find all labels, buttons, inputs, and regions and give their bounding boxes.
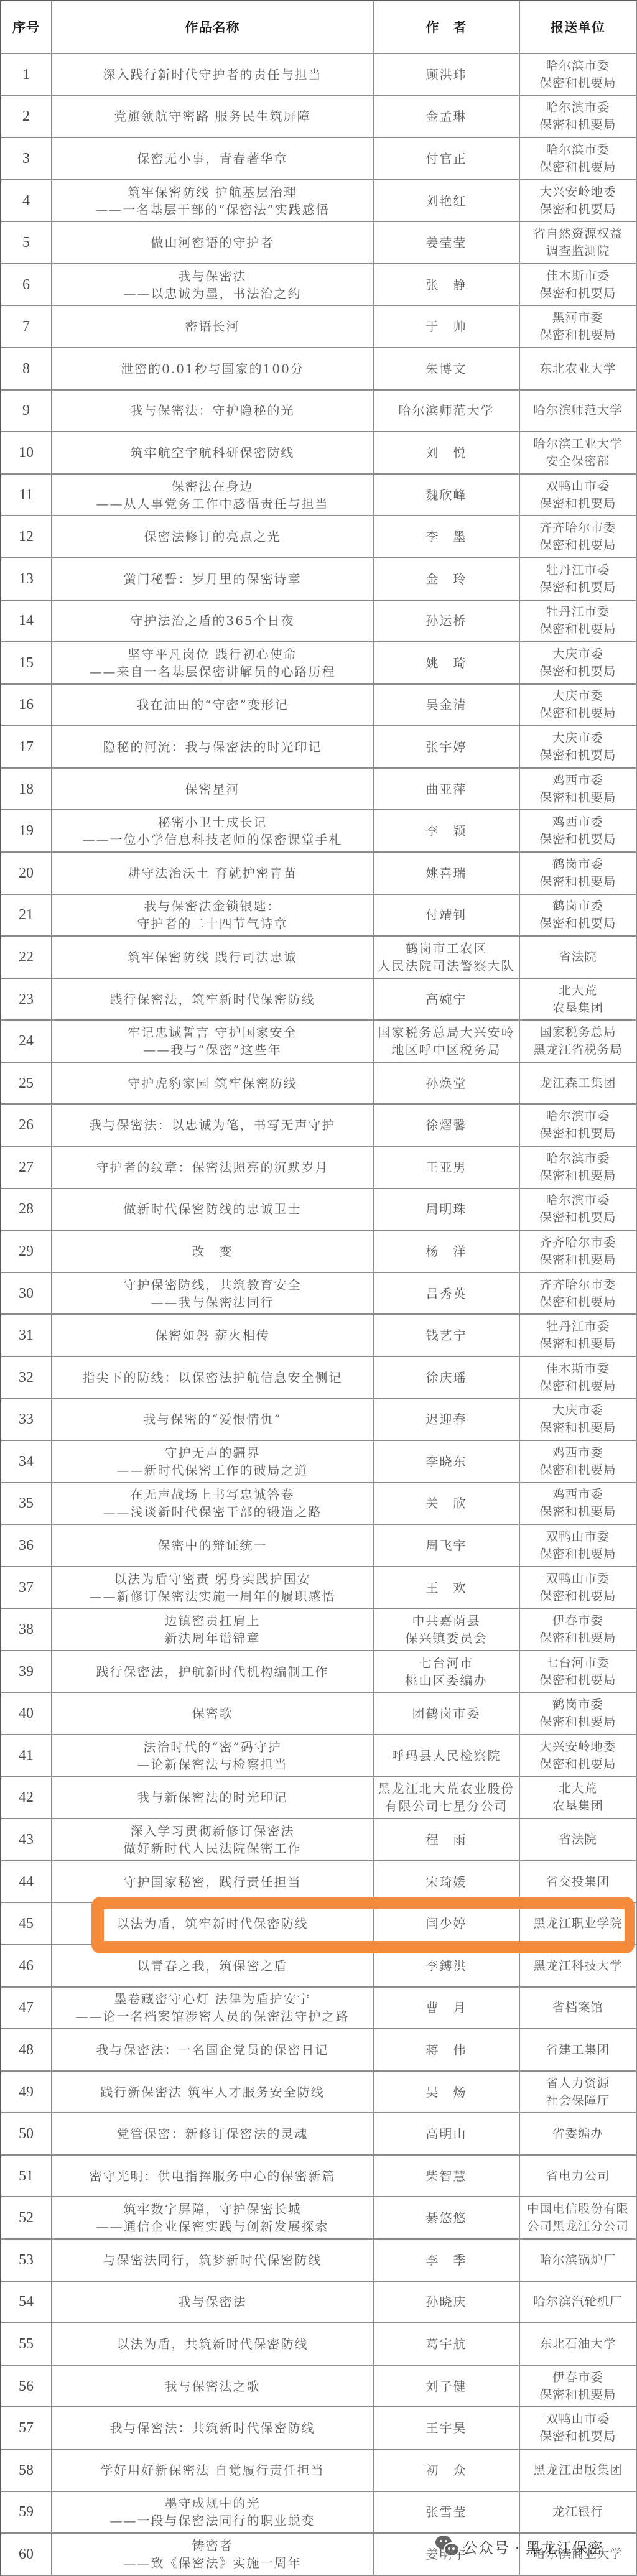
work-title: 黉门秘誓：岁月里的保密诗章 bbox=[52, 558, 374, 601]
table-row: 34 守护无声的疆界 ——新时代保密工作的破局之道 李晓东 鸡西市委 保密和机要… bbox=[1, 1441, 637, 1483]
work-title: 守护保密防线，共筑教育安全 ——我与保密法同行 bbox=[52, 1273, 374, 1315]
author: 七台河市 桃山区委编办 bbox=[374, 1651, 520, 1693]
submitting-unit: 北大荒 农垦集团 bbox=[520, 979, 637, 1021]
header-author: 作 者 bbox=[374, 1, 520, 54]
table-row: 41 法治时代的“密”码守护 —论新保密法与检察担当 呼玛县人民检察院 大兴安岭… bbox=[1, 1735, 637, 1777]
author: 中共嘉荫县 保兴镇委员会 bbox=[374, 1609, 520, 1651]
work-title: 深入践行新时代守护者的责任与担当 bbox=[52, 54, 374, 96]
row-number: 47 bbox=[1, 1988, 52, 2030]
row-number: 13 bbox=[1, 558, 52, 601]
row-number: 16 bbox=[1, 685, 52, 727]
work-title: 泄密的0.01秒与国家的100分 bbox=[52, 348, 374, 391]
work-title: 我与保密法之歌 bbox=[52, 2366, 374, 2408]
table-row: 11 保密法在身边 ——从人事党务工作中感悟责任与担当 魏欣峰 双鸭山市委 保密… bbox=[1, 475, 637, 517]
author: 姜明宇 bbox=[374, 2534, 520, 2576]
table-row: 47 墨卷藏密守心灯 法律为盾护安宁 ——论一名档案馆涉密人员的保密法守护之路 … bbox=[1, 1988, 637, 2030]
row-number: 8 bbox=[1, 348, 52, 391]
author: 刘子健 bbox=[374, 2366, 520, 2408]
work-title: 以法为盾，共筑新时代保密防线 bbox=[52, 2323, 374, 2366]
row-number: 26 bbox=[1, 1105, 52, 1147]
table-row: 9 我与保密法：守护隐秘的光 哈尔滨师范大学 哈尔滨师范大学 bbox=[1, 391, 637, 433]
author: 柴智慧 bbox=[374, 2156, 520, 2198]
row-number: 58 bbox=[1, 2450, 52, 2492]
work-title: 践行保密法，筑牢新时代保密防线 bbox=[52, 979, 374, 1021]
table-row: 35 在无声战场上书写忠诚答卷 ——浅谈新时代保密干部的锻造之路 关 欣 鸡西市… bbox=[1, 1483, 637, 1526]
row-number: 35 bbox=[1, 1483, 52, 1526]
award-list-table: 序号 作品名称 作 者 报送单位 1 深入践行新时代守护者的责任与担当 顾洪玮 … bbox=[0, 0, 637, 2576]
row-number: 43 bbox=[1, 1819, 52, 1861]
row-number: 27 bbox=[1, 1147, 52, 1189]
submitting-unit: 牡丹江市委 保密和机要局 bbox=[520, 601, 637, 643]
work-title: 守护国家秘密，践行责任担当 bbox=[52, 1861, 374, 1904]
submitting-unit: 鸡西市委 保密和机要局 bbox=[520, 1483, 637, 1526]
submitting-unit: 北大荒 农垦集团 bbox=[520, 1777, 637, 1820]
table-row: 6 我与保密法 ——以忠诚为墨，书法治之约 张 静 佳木斯市委 保密和机要局 bbox=[1, 264, 637, 307]
submitting-unit: 哈尔滨市委 保密和机要局 bbox=[520, 96, 637, 139]
submitting-unit: 哈尔滨师范大学 bbox=[520, 391, 637, 433]
row-number: 22 bbox=[1, 937, 52, 979]
work-title: 保密法在身边 ——从人事党务工作中感悟责任与担当 bbox=[52, 475, 374, 517]
row-number: 38 bbox=[1, 1609, 52, 1651]
submitting-unit: 鸡西市委 保密和机要局 bbox=[520, 1441, 637, 1483]
submitting-unit: 大兴安岭地委 保密和机要局 bbox=[520, 1735, 637, 1777]
submitting-unit: 省交投集团 bbox=[520, 1861, 637, 1904]
table-row: 48 我与保密法：一名国企党员的保密日记 蒋 伟 省建工集团 bbox=[1, 2029, 637, 2072]
work-title: 做新时代保密防线的忠诚卫士 bbox=[52, 1189, 374, 1231]
submitting-unit: 哈尔滨锅炉厂 bbox=[520, 2240, 637, 2282]
table-row: 20 耕守法治沃土 育就护密青苗 姚喜瑞 鹤岗市委 保密和机要局 bbox=[1, 853, 637, 895]
row-number: 28 bbox=[1, 1189, 52, 1231]
table-row: 3 保密无小事，青春著华章 付官正 哈尔滨市委 保密和机要局 bbox=[1, 138, 637, 180]
row-number: 31 bbox=[1, 1315, 52, 1357]
work-title: 守护虎豹家园 筑牢保密防线 bbox=[52, 1063, 374, 1105]
table-row: 36 保密中的辩证统一 周飞宇 双鸭山市委 保密和机要局 bbox=[1, 1525, 637, 1567]
work-title: 墨卷藏密守心灯 法律为盾护安宁 ——论一名档案馆涉密人员的保密法守护之路 bbox=[52, 1988, 374, 2030]
author: 徐熠馨 bbox=[374, 1105, 520, 1147]
submitting-unit: 龙江银行 bbox=[520, 2492, 637, 2534]
row-number: 1 bbox=[1, 54, 52, 96]
work-title: 保密如磐 薪火相传 bbox=[52, 1315, 374, 1357]
author: 于 帅 bbox=[374, 306, 520, 348]
submitting-unit: 省自然资源权益 调查监测院 bbox=[520, 222, 637, 264]
row-number: 15 bbox=[1, 642, 52, 685]
table-row: 26 我与保密法：以忠诚为笔，书写无声守护 徐熠馨 哈尔滨市委 保密和机要局 bbox=[1, 1105, 637, 1147]
author: 刘 悦 bbox=[374, 432, 520, 475]
row-number: 12 bbox=[1, 516, 52, 558]
author: 葛宇航 bbox=[374, 2323, 520, 2366]
work-title: 我与新保密法的时光印记 bbox=[52, 1777, 374, 1820]
table-row: 27 守护者的纹章：保密法照亮的沉默岁月 王亚男 哈尔滨市委 保密和机要局 bbox=[1, 1147, 637, 1189]
table-row: 8 泄密的0.01秒与国家的100分 朱博文 东北农业大学 bbox=[1, 348, 637, 391]
author: 朱博文 bbox=[374, 348, 520, 391]
submitting-unit: 齐齐哈尔市委 保密和机要局 bbox=[520, 516, 637, 558]
author: 杨 洋 bbox=[374, 1231, 520, 1273]
work-title: 党旗领航守密路 服务民生筑屏障 bbox=[52, 96, 374, 139]
author: 金 玲 bbox=[374, 558, 520, 601]
author: 黑龙江北大荒农业股份 有限公司七星分公司 bbox=[374, 1777, 520, 1820]
table-row: 57 我与保密法：共筑新时代保密防线 王宇昊 双鸭山市委 保密和机要局 bbox=[1, 2407, 637, 2450]
submitting-unit: 七台河市委 保密和机要局 bbox=[520, 1651, 637, 1693]
table-row: 14 守护法治之盾的365个日夜 孙运桥 牡丹江市委 保密和机要局 bbox=[1, 601, 637, 643]
work-title: 在无声战场上书写忠诚答卷 ——浅谈新时代保密干部的锻造之路 bbox=[52, 1483, 374, 1526]
row-number: 59 bbox=[1, 2492, 52, 2534]
submitting-unit: 哈尔滨市委 保密和机要局 bbox=[520, 1105, 637, 1147]
author: 顾洪玮 bbox=[374, 54, 520, 96]
work-title: 守护者的纹章：保密法照亮的沉默岁月 bbox=[52, 1147, 374, 1189]
row-number: 53 bbox=[1, 2240, 52, 2282]
work-title: 做山河密语的守护者 bbox=[52, 222, 374, 264]
table-row: 21 我与保密法金锁银匙： 守护者的二十四节气诗章 付靖钊 鹤岗市委 保密和机要… bbox=[1, 895, 637, 937]
row-number: 10 bbox=[1, 432, 52, 475]
table-row: 13 黉门秘誓：岁月里的保密诗章 金 玲 牡丹江市委 保密和机要局 bbox=[1, 558, 637, 601]
table-row: 12 保密法修订的亮点之光 李 墨 齐齐哈尔市委 保密和机要局 bbox=[1, 516, 637, 558]
work-title: 保密无小事，青春著华章 bbox=[52, 138, 374, 180]
author: 高婉宁 bbox=[374, 979, 520, 1021]
table-row: 25 守护虎豹家园 筑牢保密防线 孙焕堂 龙江森工集团 bbox=[1, 1063, 637, 1105]
work-title: 指尖下的防线：以保密法护航信息安全侧记 bbox=[52, 1357, 374, 1399]
author: 曲亚萍 bbox=[374, 769, 520, 811]
author: 付官正 bbox=[374, 138, 520, 180]
row-number: 40 bbox=[1, 1693, 52, 1736]
author: 鹤岗市工农区 人民法院司法警察大队 bbox=[374, 937, 520, 979]
row-number: 37 bbox=[1, 1567, 52, 1610]
row-number: 34 bbox=[1, 1441, 52, 1483]
work-title: 边镇密责扛肩上 新法周年谱锦章 bbox=[52, 1609, 374, 1651]
author: 国家税务总局大兴安岭 地区呼中区税务局 bbox=[374, 1021, 520, 1063]
table-row: 4 筑牢保密防线 护航基层治理 ——一名基层干部的“保密法”实践感悟 刘艳红 大… bbox=[1, 180, 637, 223]
work-title: 筑牢保密防线 践行司法忠诚 bbox=[52, 937, 374, 979]
submitting-unit: 哈尔滨工业大学 安全保密部 bbox=[520, 432, 637, 475]
submitting-unit: 大庆市委 保密和机要局 bbox=[520, 685, 637, 727]
submitting-unit: 省法院 bbox=[520, 1819, 637, 1861]
submitting-unit: 鹤岗市委 保密和机要局 bbox=[520, 853, 637, 895]
row-number: 45 bbox=[1, 1903, 52, 1945]
work-title: 保密星河 bbox=[52, 769, 374, 811]
submitting-unit: 哈尔滨市委 保密和机要局 bbox=[520, 138, 637, 180]
author: 吴 炀 bbox=[374, 2072, 520, 2114]
work-title: 我与保密法：守护隐秘的光 bbox=[52, 391, 374, 433]
author: 李 墨 bbox=[374, 516, 520, 558]
submitting-unit: 哈尔滨汽轮机厂 bbox=[520, 2282, 637, 2324]
work-title: 墨守成规中的光 ——一段与保密法同行的职业蜕变 bbox=[52, 2492, 374, 2534]
author: 李鎛洪 bbox=[374, 1945, 520, 1988]
author: 周明珠 bbox=[374, 1189, 520, 1231]
row-number: 14 bbox=[1, 601, 52, 643]
author: 魏欣峰 bbox=[374, 475, 520, 517]
work-title: 守护法治之盾的365个日夜 bbox=[52, 601, 374, 643]
row-number: 6 bbox=[1, 264, 52, 307]
table-row: 22 筑牢保密防线 践行司法忠诚 鹤岗市工农区 人民法院司法警察大队 省法院 bbox=[1, 937, 637, 979]
submitting-unit: 省法院 bbox=[520, 937, 637, 979]
work-title: 深入学习贯彻新修订保密法 做好新时代人民法院保密工作 bbox=[52, 1819, 374, 1861]
work-title: 耕守法治沃土 育就护密青苗 bbox=[52, 853, 374, 895]
table-row: 17 隐秘的河流：我与保密法的时光印记 张宇婷 大庆市委 保密和机要局 bbox=[1, 726, 637, 769]
work-title: 密语长河 bbox=[52, 306, 374, 348]
table-row: 18 保密星河 曲亚萍 鸡西市委 保密和机要局 bbox=[1, 769, 637, 811]
work-title: 党管保密：新修订保密法的灵魂 bbox=[52, 2113, 374, 2156]
work-title: 我与保密法 ——以忠诚为墨，书法治之约 bbox=[52, 264, 374, 307]
work-title: 我与保密法 bbox=[52, 2282, 374, 2324]
submitting-unit: 哈尔滨市委 保密和机要局 bbox=[520, 1189, 637, 1231]
submitting-unit: 伊春市委 保密和机要局 bbox=[520, 1609, 637, 1651]
row-number: 29 bbox=[1, 1231, 52, 1273]
author: 周飞宇 bbox=[374, 1525, 520, 1567]
row-number: 32 bbox=[1, 1357, 52, 1399]
submitting-unit: 省委编办 bbox=[520, 2113, 637, 2156]
submitting-unit: 黑河市委 保密和机要局 bbox=[520, 306, 637, 348]
author: 程 雨 bbox=[374, 1819, 520, 1861]
work-title: 密守光明：供电指挥服务中心的保密新篇 bbox=[52, 2156, 374, 2198]
submitting-unit: 牡丹江市委 保密和机要局 bbox=[520, 1315, 637, 1357]
submitting-unit: 黑龙江职业学院 bbox=[520, 1903, 637, 1945]
submitting-unit: 东北石油大学 bbox=[520, 2323, 637, 2366]
work-title: 隐秘的河流：我与保密法的时光印记 bbox=[52, 726, 374, 769]
row-number: 44 bbox=[1, 1861, 52, 1904]
row-number: 39 bbox=[1, 1651, 52, 1693]
table-row: 28 做新时代保密防线的忠诚卫士 周明珠 哈尔滨市委 保密和机要局 bbox=[1, 1189, 637, 1231]
work-title: 铸密者 ——致《保密法》实施一周年 bbox=[52, 2534, 374, 2576]
table-row: 45 以法为盾，筑牢新时代保密防线 闫少婷 黑龙江职业学院 bbox=[1, 1903, 637, 1945]
table-row: 30 守护保密防线，共筑教育安全 ——我与保密法同行 吕秀英 齐齐哈尔市委 保密… bbox=[1, 1273, 637, 1315]
table-row: 15 坚守平凡岗位 践行初心使命 ——来自一名基层保密讲解员的心路历程 姚 琦 … bbox=[1, 642, 637, 685]
work-title: 保密歌 bbox=[52, 1693, 374, 1736]
table-row: 39 践行保密法，护航新时代机构编制工作 七台河市 桃山区委编办 七台河市委 保… bbox=[1, 1651, 637, 1693]
submitting-unit: 哈尔滨市委 保密和机要局 bbox=[520, 54, 637, 96]
table-row: 29 改 变 杨 洋 齐齐哈尔市委 保密和机要局 bbox=[1, 1231, 637, 1273]
submitting-unit: 双鸭山市委 保密和机要局 bbox=[520, 1567, 637, 1610]
row-number: 52 bbox=[1, 2197, 52, 2240]
row-number: 46 bbox=[1, 1945, 52, 1988]
table-row: 54 我与保密法 孙晓庆 哈尔滨汽轮机厂 bbox=[1, 2282, 637, 2324]
table-row: 2 党旗领航守密路 服务民生筑屏障 金孟琳 哈尔滨市委 保密和机要局 bbox=[1, 96, 637, 139]
author: 张 静 bbox=[374, 264, 520, 307]
table-row: 33 我与保密的“爱恨情仇” 迟迎春 大庆市委 保密和机要局 bbox=[1, 1399, 637, 1442]
work-title: 与保密法同行，筑梦新时代保密防线 bbox=[52, 2240, 374, 2282]
author: 张雪莹 bbox=[374, 2492, 520, 2534]
work-title: 守护无声的疆界 ——新时代保密工作的破局之道 bbox=[52, 1441, 374, 1483]
table-row: 31 保密如磐 薪火相传 钱艺宁 牡丹江市委 保密和机要局 bbox=[1, 1315, 637, 1357]
table-row: 43 深入学习贯彻新修订保密法 做好新时代人民法院保密工作 程 雨 省法院 bbox=[1, 1819, 637, 1861]
author: 钱艺宁 bbox=[374, 1315, 520, 1357]
submitting-unit: 鸡西市委 保密和机要局 bbox=[520, 769, 637, 811]
row-number: 17 bbox=[1, 726, 52, 769]
row-number: 57 bbox=[1, 2407, 52, 2450]
table-row: 52 筑牢数字屏障，守护保密长城 ——通信企业保密实践与创新发展探索 綦悠悠 中… bbox=[1, 2197, 637, 2240]
row-number: 4 bbox=[1, 180, 52, 223]
author: 金孟琳 bbox=[374, 96, 520, 139]
row-number: 33 bbox=[1, 1399, 52, 1442]
work-title: 秘密小卫士成长记 ——一位小学信息科技老师的保密课堂手札 bbox=[52, 810, 374, 853]
submitting-unit: 省建工集团 bbox=[520, 2029, 637, 2072]
author: 孙焕堂 bbox=[374, 1063, 520, 1105]
author: 姚喜瑞 bbox=[374, 853, 520, 895]
work-title: 保密法修订的亮点之光 bbox=[52, 516, 374, 558]
author: 迟迎春 bbox=[374, 1399, 520, 1442]
table-row: 51 密守光明：供电指挥服务中心的保密新篇 柴智慧 省电力公司 bbox=[1, 2156, 637, 2198]
work-title: 以法为盾，筑牢新时代保密防线 bbox=[52, 1903, 374, 1945]
work-title: 我与保密的“爱恨情仇” bbox=[52, 1399, 374, 1442]
row-number: 41 bbox=[1, 1735, 52, 1777]
table-row: 32 指尖下的防线：以保密法护航信息安全侧记 徐庆瑶 佳木斯市委 保密和机要局 bbox=[1, 1357, 637, 1399]
submitting-unit: 双鸭山市委 保密和机要局 bbox=[520, 2407, 637, 2450]
submitting-unit: 黑龙江科技大学 bbox=[520, 1945, 637, 1988]
row-number: 54 bbox=[1, 2282, 52, 2324]
table-row: 23 践行保密法，筑牢新时代保密防线 高婉宁 北大荒 农垦集团 bbox=[1, 979, 637, 1021]
work-title: 我与保密法：一名国企党员的保密日记 bbox=[52, 2029, 374, 2072]
submitting-unit: 龙江森工集团 bbox=[520, 1063, 637, 1105]
work-title: 我与保密法：以忠诚为笔，书写无声守护 bbox=[52, 1105, 374, 1147]
work-title: 我在油田的“守密”变形记 bbox=[52, 685, 374, 727]
author: 王宇昊 bbox=[374, 2407, 520, 2450]
table-row: 40 保密歌 团鹤岗市委 鹤岗市委 保密和机要局 bbox=[1, 1693, 637, 1736]
author: 哈尔滨师范大学 bbox=[374, 391, 520, 433]
submitting-unit: 东北农业大学 bbox=[520, 348, 637, 391]
work-title: 法治时代的“密”码守护 —论新保密法与检察担当 bbox=[52, 1735, 374, 1777]
author: 蒋 伟 bbox=[374, 2029, 520, 2072]
work-title: 筑牢保密防线 护航基层治理 ——一名基层干部的“保密法”实践感悟 bbox=[52, 180, 374, 223]
submitting-unit: 齐齐哈尔市委 保密和机要局 bbox=[520, 1231, 637, 1273]
table-header-row: 序号 作品名称 作 者 报送单位 bbox=[1, 1, 637, 54]
row-number: 36 bbox=[1, 1525, 52, 1567]
submitting-unit: 大庆市委 保密和机要局 bbox=[520, 726, 637, 769]
work-title: 以法为盾守密责 躬身实践护国安 ——新修订保密法实施一周年的履职感悟 bbox=[52, 1567, 374, 1610]
row-number: 25 bbox=[1, 1063, 52, 1105]
submitting-unit: 哈尔滨市委 保密和机要局 bbox=[520, 1147, 637, 1189]
submitting-unit: 省人力资源 社会保障厅 bbox=[520, 2072, 637, 2114]
submitting-unit: 佳木斯市委 保密和机要局 bbox=[520, 1357, 637, 1399]
table-row: 1 深入践行新时代守护者的责任与担当 顾洪玮 哈尔滨市委 保密和机要局 bbox=[1, 54, 637, 96]
work-title: 践行新保密法 筑牢人才服务安全防线 bbox=[52, 2072, 374, 2114]
author: 团鹤岗市委 bbox=[374, 1693, 520, 1736]
row-number: 48 bbox=[1, 2029, 52, 2072]
work-title: 以青春之我，筑保密之盾 bbox=[52, 1945, 374, 1988]
submitting-unit: 中国电信股份有限 公司黑龙江分公司 bbox=[520, 2197, 637, 2240]
work-title: 筑牢数字屏障，守护保密长城 ——通信企业保密实践与创新发展探索 bbox=[52, 2197, 374, 2240]
table-row: 58 学好用好新保密法 自觉履行责任担当 初 众 黑龙江出版集团 bbox=[1, 2450, 637, 2492]
submitting-unit: 大庆市委 保密和机要局 bbox=[520, 642, 637, 685]
author: 姚 琦 bbox=[374, 642, 520, 685]
row-number: 7 bbox=[1, 306, 52, 348]
submitting-unit: 大兴安岭地委 保密和机要局 bbox=[520, 180, 637, 223]
submitting-unit: 鹤岗市委 保密和机要局 bbox=[520, 1693, 637, 1736]
row-number: 11 bbox=[1, 475, 52, 517]
author: 关 欣 bbox=[374, 1483, 520, 1526]
author: 李 颖 bbox=[374, 810, 520, 853]
author: 姜莹莹 bbox=[374, 222, 520, 264]
author: 高明山 bbox=[374, 2113, 520, 2156]
row-number: 60 bbox=[1, 2534, 52, 2576]
submitting-unit: 双鸭山市委 保密和机要局 bbox=[520, 475, 637, 517]
table-row: 50 党管保密：新修订保密法的灵魂 高明山 省委编办 bbox=[1, 2113, 637, 2156]
table-row: 37 以法为盾守密责 躬身实践护国安 ——新修订保密法实施一周年的履职感悟 王 … bbox=[1, 1567, 637, 1610]
author: 曹 月 bbox=[374, 1988, 520, 2030]
table-row: 49 践行新保密法 筑牢人才服务安全防线 吴 炀 省人力资源 社会保障厅 bbox=[1, 2072, 637, 2114]
row-number: 9 bbox=[1, 391, 52, 433]
table-row: 53 与保密法同行，筑梦新时代保密防线 李 季 哈尔滨锅炉厂 bbox=[1, 2240, 637, 2282]
author: 初 众 bbox=[374, 2450, 520, 2492]
row-number: 51 bbox=[1, 2156, 52, 2198]
author: 孙晓庆 bbox=[374, 2282, 520, 2324]
work-title: 学好用好新保密法 自觉履行责任担当 bbox=[52, 2450, 374, 2492]
work-title: 改 变 bbox=[52, 1231, 374, 1273]
table-row: 7 密语长河 于 帅 黑河市委 保密和机要局 bbox=[1, 306, 637, 348]
row-number: 42 bbox=[1, 1777, 52, 1820]
row-number: 2 bbox=[1, 96, 52, 139]
submitting-unit: 省档案馆 bbox=[520, 1988, 637, 2030]
work-title: 坚守平凡岗位 践行初心使命 ——来自一名基层保密讲解员的心路历程 bbox=[52, 642, 374, 685]
header-number: 序号 bbox=[1, 1, 52, 54]
table-row: 42 我与新保密法的时光印记 黑龙江北大荒农业股份 有限公司七星分公司 北大荒 … bbox=[1, 1777, 637, 1820]
submitting-unit: 伊春市委 保密和机要局 bbox=[520, 2366, 637, 2408]
submitting-unit: 鸡西市委 保密和机要局 bbox=[520, 810, 637, 853]
work-title: 筑牢航空宇航科研保密防线 bbox=[52, 432, 374, 475]
submitting-unit: 大庆市委 保密和机要局 bbox=[520, 1399, 637, 1442]
row-number: 23 bbox=[1, 979, 52, 1021]
row-number: 30 bbox=[1, 1273, 52, 1315]
submitting-unit: 牡丹江市委 保密和机要局 bbox=[520, 558, 637, 601]
author: 王亚男 bbox=[374, 1147, 520, 1189]
work-title: 牢记忠诚誓言 守护国家安全 ——我与“保密”这些年 bbox=[52, 1021, 374, 1063]
submitting-unit: 国家税务总局 黑龙江省税务局 bbox=[520, 1021, 637, 1063]
header-unit: 报送单位 bbox=[520, 1, 637, 54]
submitting-unit: 黑龙江出版集团 bbox=[520, 2450, 637, 2492]
work-title: 我与保密法金锁银匙： 守护者的二十四节气诗章 bbox=[52, 895, 374, 937]
table-row: 60 铸密者 ——致《保密法》实施一周年 姜明宇 哈尔滨商业大学 bbox=[1, 2534, 637, 2576]
submitting-unit: 佳木斯市委 保密和机要局 bbox=[520, 264, 637, 307]
table-row: 38 边镇密责扛肩上 新法周年谱锦章 中共嘉荫县 保兴镇委员会 伊春市委 保密和… bbox=[1, 1609, 637, 1651]
table-row: 24 牢记忠诚誓言 守护国家安全 ——我与“保密”这些年 国家税务总局大兴安岭 … bbox=[1, 1021, 637, 1063]
row-number: 18 bbox=[1, 769, 52, 811]
row-number: 56 bbox=[1, 2366, 52, 2408]
row-number: 50 bbox=[1, 2113, 52, 2156]
table-row: 5 做山河密语的守护者 姜莹莹 省自然资源权益 调查监测院 bbox=[1, 222, 637, 264]
work-title: 践行保密法，护航新时代机构编制工作 bbox=[52, 1651, 374, 1693]
table-row: 55 以法为盾，共筑新时代保密防线 葛宇航 东北石油大学 bbox=[1, 2323, 637, 2366]
author: 吕秀英 bbox=[374, 1273, 520, 1315]
author: 刘艳红 bbox=[374, 180, 520, 223]
row-number: 21 bbox=[1, 895, 52, 937]
row-number: 49 bbox=[1, 2072, 52, 2114]
row-number: 3 bbox=[1, 138, 52, 180]
table-row: 46 以青春之我，筑保密之盾 李鎛洪 黑龙江科技大学 bbox=[1, 1945, 637, 1988]
author: 张宇婷 bbox=[374, 726, 520, 769]
work-title: 我与保密法：共筑新时代保密防线 bbox=[52, 2407, 374, 2450]
author: 綦悠悠 bbox=[374, 2197, 520, 2240]
author: 孙运桥 bbox=[374, 601, 520, 643]
submitting-unit: 省电力公司 bbox=[520, 2156, 637, 2198]
author: 付靖钊 bbox=[374, 895, 520, 937]
submitting-unit: 哈尔滨商业大学 bbox=[520, 2534, 637, 2576]
work-title: 保密中的辩证统一 bbox=[52, 1525, 374, 1567]
table-row: 19 秘密小卫士成长记 ——一位小学信息科技老师的保密课堂手札 李 颖 鸡西市委… bbox=[1, 810, 637, 853]
table-row: 59 墨守成规中的光 ——一段与保密法同行的职业蜕变 张雪莹 龙江银行 bbox=[1, 2492, 637, 2534]
author: 呼玛县人民检察院 bbox=[374, 1735, 520, 1777]
author: 宋琦媛 bbox=[374, 1861, 520, 1904]
submitting-unit: 齐齐哈尔市委 保密和机要局 bbox=[520, 1273, 637, 1315]
row-number: 19 bbox=[1, 810, 52, 853]
author: 王 欢 bbox=[374, 1567, 520, 1610]
author: 李晓东 bbox=[374, 1441, 520, 1483]
author: 吴金清 bbox=[374, 685, 520, 727]
table-row: 16 我在油田的“守密”变形记 吴金清 大庆市委 保密和机要局 bbox=[1, 685, 637, 727]
author: 徐庆瑶 bbox=[374, 1357, 520, 1399]
table-row: 44 守护国家秘密，践行责任担当 宋琦媛 省交投集团 bbox=[1, 1861, 637, 1904]
submitting-unit: 双鸭山市委 保密和机要局 bbox=[520, 1525, 637, 1567]
table-row: 56 我与保密法之歌 刘子健 伊春市委 保密和机要局 bbox=[1, 2366, 637, 2408]
row-number: 5 bbox=[1, 222, 52, 264]
author: 李 季 bbox=[374, 2240, 520, 2282]
row-number: 24 bbox=[1, 1021, 52, 1063]
